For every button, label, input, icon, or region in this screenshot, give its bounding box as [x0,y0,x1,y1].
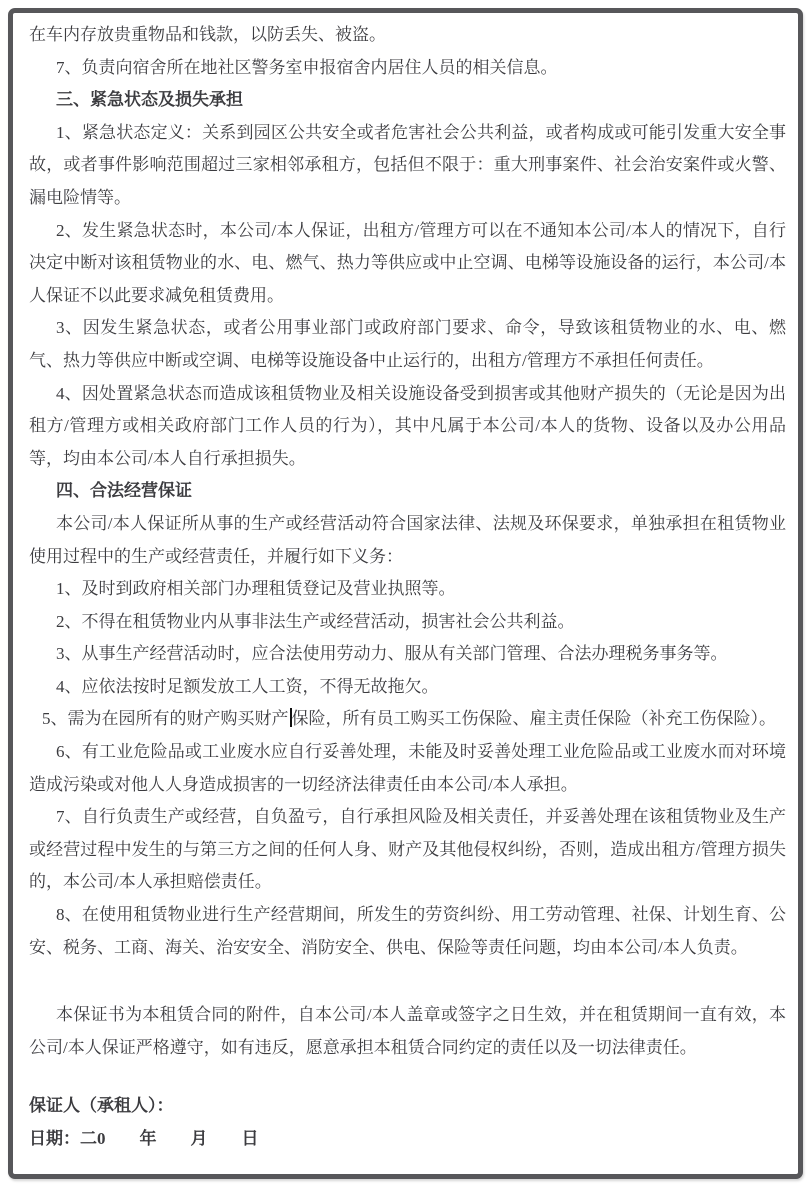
section4-item-6[interactable]: 6、有工业危险品或工业废水应自行妥善处理，未能及时妥善处理工业危险品或工业废水而… [29,736,786,801]
document-page-border: 在车内存放贵重物品和钱款，以防丢失、被盗。 7、负责向宿舍所在地社区警务室申报宿… [8,8,803,1179]
prev-section-item-7[interactable]: 7、负责向宿舍所在地社区警务室申报宿舍内居住人员的相关信息。 [29,52,786,85]
section4-item-3[interactable]: 3、从事生产经营活动时，应合法使用劳动力、服从有关部门管理、合法办理税务事务等。 [29,638,786,671]
signature-guarantor-label[interactable]: 保证人（承租人）： [29,1090,786,1123]
document-content: 在车内存放贵重物品和钱款，以防丢失、被盗。 7、负责向宿舍所在地社区警务室申报宿… [13,13,798,1156]
section3-heading[interactable]: 三、紧急状态及损失承担 [29,84,786,117]
paragraph-continuation[interactable]: 在车内存放贵重物品和钱款，以防丢失、被盗。 [29,19,786,52]
item5-text-after-caret[interactable]: 保险，所有员工购买工伤保险、雇主责任保险（补充工伤保险）。 [292,709,777,728]
section3-item-1[interactable]: 1、紧急状态定义：关系到园区公共安全或者危害社会公共利益，或者构成或可能引发重大… [29,117,786,215]
section4-item-1[interactable]: 1、及时到政府相关部门办理租赁登记及营业执照等。 [29,573,786,606]
section4-item-8[interactable]: 8、在使用租赁物业进行生产经营期间，所发生的劳资纠纷、用工劳动管理、社保、计划生… [29,899,786,964]
page: { "page": { "colors": { "border": "#5757… [0,0,812,1188]
section4-item-4[interactable]: 4、应依法按时足额发放工人工资，不得无故拖欠。 [29,671,786,704]
section4-intro[interactable]: 本公司/本人保证所从事的生产或经营活动符合国家法律、法规及环保要求，单独承担在租… [29,508,786,573]
section4-heading[interactable]: 四、合法经营保证 [29,475,786,508]
section4-item-5[interactable]: 5、需为在园所有的财产购买财产保险，所有员工购买工伤保险、雇主责任保险（补充工伤… [29,703,786,736]
section3-item-4[interactable]: 4、因处置紧急状态而造成该租赁物业及相关设施设备受到损害或其他财产损失的（无论是… [29,378,786,476]
closing-paragraph[interactable]: 本保证书为本租赁合同的附件，自本公司/本人盖章或签字之日生效，并在租赁期间一直有… [29,999,786,1064]
signature-date-line[interactable]: 日期：二0 年 月 日 [29,1123,786,1156]
section4-item-7[interactable]: 7、自行负责生产或经营，自负盈亏，自行承担风险及相关责任，并妥善处理在该租赁物业… [29,801,786,899]
item5-text-before-caret[interactable]: 5、需为在园所有的财产购买财产 [42,709,289,728]
section3-item-2[interactable]: 2、发生紧急状态时，本公司/本人保证，出租方/管理方可以在不通知本公司/本人的情… [29,215,786,313]
section3-item-3[interactable]: 3、因发生紧急状态，或者公用事业部门或政府部门要求、命令，导致该租赁物业的水、电… [29,312,786,377]
section4-item-2[interactable]: 2、不得在租赁物业内从事非法生产或经营活动，损害社会公共利益。 [29,606,786,639]
